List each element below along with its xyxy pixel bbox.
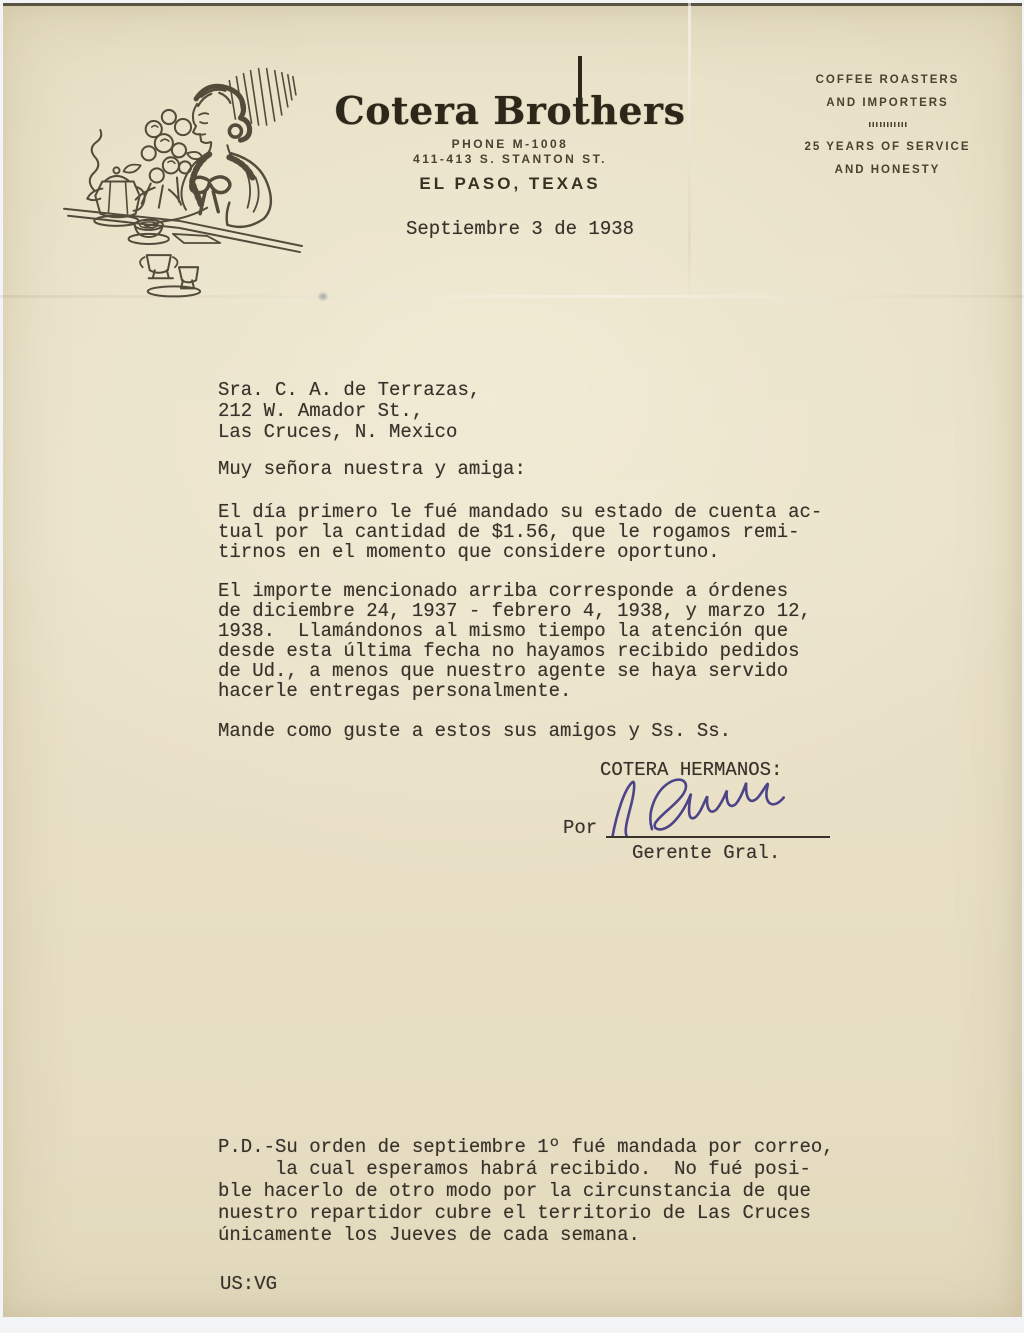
por-label: Por [563, 818, 597, 838]
tagline-line: COFFEE ROASTERS [790, 74, 985, 86]
company-phone: PHONE M-1008 [330, 137, 690, 151]
scanned-letter: Cotera Brothers PHONE M-1008 411-413 S. … [0, 0, 1024, 1333]
letterhead-tagline: COFFEE ROASTERS AND IMPORTERS 25 YEARS O… [790, 74, 985, 187]
tagline-line: 25 YEARS OF SERVICE [790, 141, 985, 153]
company-city: EL PASO, TEXAS [330, 174, 690, 194]
letter-date: Septiembre 3 de 1938 [406, 219, 634, 239]
postscript: P.D.-Su orden de septiembre 1º fué manda… [218, 1136, 834, 1246]
company-name: Cotera Brothers [330, 88, 690, 133]
body-paragraph-1: El día primero le fué mandado su estado … [218, 502, 822, 562]
ink-speck [319, 293, 327, 300]
tagline-line: AND IMPORTERS [790, 97, 985, 109]
signature-underline [606, 836, 830, 838]
woman-coffee-illustration [58, 56, 310, 304]
salutation: Muy señora nuestra y amiga: [218, 459, 526, 479]
signer-title: Gerente Gral. [632, 843, 780, 863]
dotted-divider [869, 122, 907, 127]
handwritten-signature [594, 764, 826, 844]
tagline-line: AND HONESTY [790, 164, 985, 176]
recipient-address: Sra. C. A. de Terrazas, 212 W. Amador St… [218, 380, 480, 443]
typist-initials: US:VG [220, 1274, 277, 1294]
closing-line: Mande como guste a estos sus amigos y Ss… [218, 721, 731, 741]
company-street: 411-413 S. STANTON ST. [330, 152, 690, 166]
body-paragraph-2: El importe mencionado arriba corresponde… [218, 581, 811, 701]
